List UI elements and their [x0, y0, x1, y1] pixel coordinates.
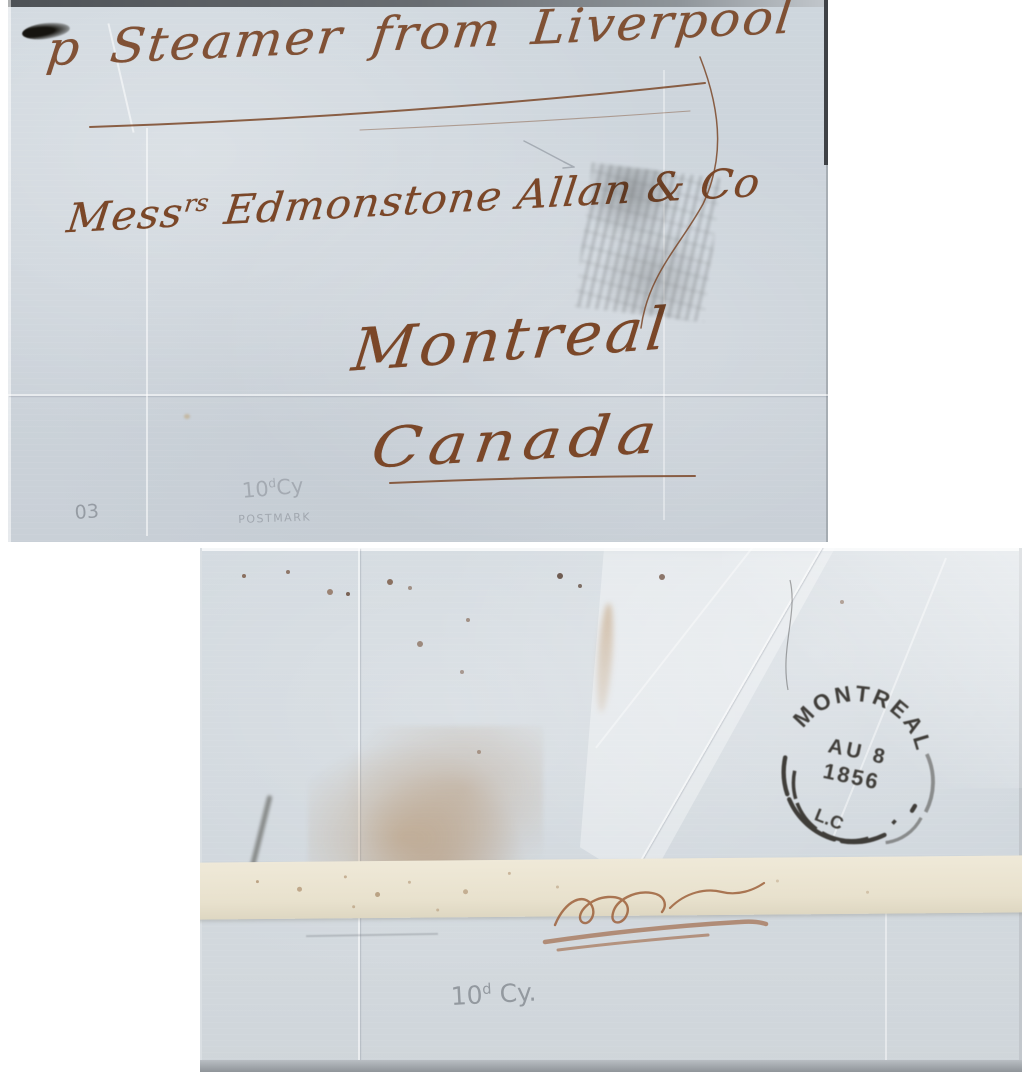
cds-second-strike-fragments: [886, 750, 940, 850]
photo-edge-left: [200, 548, 202, 1072]
rate-currency: Cy: [275, 474, 304, 500]
fold-crease-vertical: [146, 128, 148, 536]
addressee-superscript: rs: [183, 189, 211, 217]
photo-edge-right: [824, 0, 828, 165]
pencil-rate-note: 10d Cy.: [450, 978, 537, 1011]
addressee-prefix: Mess: [64, 190, 186, 242]
letter-back-photo: MONTREAL AU 8 1856 L.C 10d Cy.: [200, 548, 1022, 1072]
foxing-spots: [242, 574, 246, 578]
photo-edge-left: [8, 0, 11, 542]
foxing-spot: [184, 414, 190, 419]
band-speckles: [256, 880, 259, 883]
rate-value: 10: [450, 980, 483, 1011]
rate-currency: Cy.: [499, 978, 537, 1009]
rate-superscript: d: [482, 982, 492, 998]
letter-front-photo: p Steamer from Liverpool MessrsEdmonston…: [8, 0, 828, 542]
fold-crease-horizontal: [8, 394, 828, 396]
ink-scribble: [540, 880, 780, 955]
smudged-handstamp: [575, 163, 722, 323]
rate-value: 10: [241, 477, 270, 503]
photo-edge-right-lower: [826, 165, 828, 542]
pencil-postmark-note: POSTMARK: [238, 510, 311, 526]
montreal-datestamp: MONTREAL AU 8 1856 L.C: [768, 676, 943, 851]
pencil-number: 03: [74, 500, 100, 524]
photo-edge-bottom: [200, 1060, 1022, 1072]
page-background: { "artifact": { "front": { "routing_line…: [0, 0, 1032, 1080]
